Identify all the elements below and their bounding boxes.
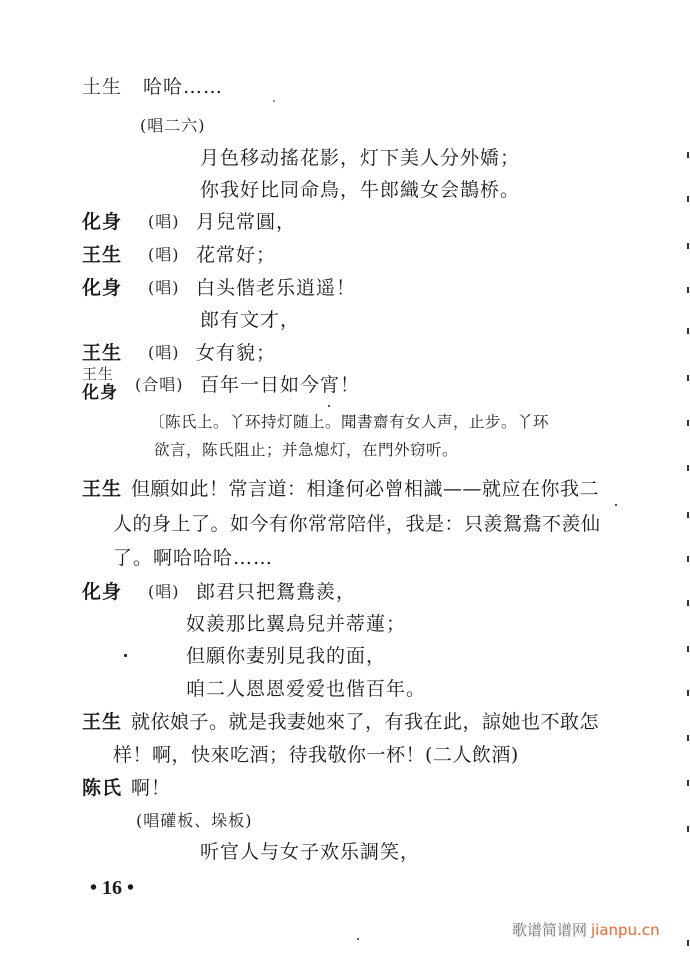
verse-line: 听官人与女子欢乐調笑， [200, 840, 420, 864]
margin-mark [687, 940, 689, 946]
cue-label: (唱) [148, 277, 180, 299]
cue-label: (唱) [148, 581, 180, 603]
speaker-label: 陈氏 [82, 776, 122, 800]
margin-mark [687, 465, 689, 471]
print-speck [357, 938, 359, 940]
dialogue-text: 女有貌； [196, 341, 276, 365]
margin-mark [687, 600, 689, 606]
watermark: 歌谱简谱网jianpu.cn [512, 919, 660, 940]
margin-mark [687, 556, 689, 562]
dialogue-text: 了。啊哈哈哈…… [113, 546, 273, 570]
margin-mark [687, 328, 689, 334]
print-speck [273, 100, 275, 102]
speaker-label: 化身 [82, 276, 122, 300]
page-number: • 16 • [90, 877, 134, 900]
margin-mark [687, 243, 689, 249]
dialogue-text: 白头偕老乐逍遥！ [196, 276, 356, 300]
verse-line: 郎有文才， [200, 308, 300, 332]
margin-mark [687, 375, 689, 381]
margin-mark [687, 826, 689, 832]
verse-line: 月色移动搖花影，灯下美人分外嬌； [200, 146, 520, 170]
speaker-label: 王生 [82, 341, 122, 365]
dialogue-text: 月兒常圓， [196, 210, 296, 234]
dialogue-text: 就依娘子。就是我妻她來了，有我在此，諒她也不敢怎 [131, 710, 599, 734]
stage-direction: 〔陈氏上。丫环持灯随上。聞書齋有女人声，止步。丫环 [149, 412, 549, 432]
dialogue-text: 郎君只把鴛鴦羨， [196, 580, 356, 604]
print-speck [124, 654, 127, 657]
margin-mark [687, 152, 689, 158]
speaker-label: 化身 [82, 210, 122, 234]
verse-line: 但願你妻别見我的面， [186, 644, 386, 668]
dialogue-text: 花常好； [196, 243, 276, 267]
verse-line: 你我好比同命鳥，牛郎織女会鵲桥。 [200, 178, 520, 202]
margin-mark [687, 735, 689, 741]
music-direction: (唱二六) [140, 115, 206, 137]
margin-mark [687, 646, 689, 652]
cue-label: (合唱) [135, 374, 184, 396]
speaker-label: 王生 [82, 710, 122, 734]
stage-direction: 欲言，陈氏阻止；并急熄灯，在門外窃听。 [154, 440, 458, 460]
speaker-label: 化身 [82, 383, 118, 403]
verse-line: 奴羨那比翼鳥兒并蒂蓮； [186, 612, 406, 636]
print-speck [615, 504, 617, 506]
margin-mark [687, 420, 689, 426]
speaker-label: 王生 [82, 243, 122, 267]
music-direction: (唱礶板、垛板) [136, 810, 253, 832]
cue-label: (唱) [148, 244, 180, 266]
speaker-label: 土生 [82, 75, 122, 99]
dialogue-text: 百年一日如今宵！ [200, 373, 360, 397]
margin-mark [687, 690, 689, 696]
dialogue-text: 样！啊，快來吃酒；待我敬你一杯！(二人飲酒) [113, 743, 519, 767]
speaker-label: 王生 [82, 366, 114, 383]
watermark-en: jianpu.cn [591, 921, 660, 939]
speaker-label: 化身 [82, 580, 122, 604]
document-page: 土生 哈哈…… (唱二六) 月色移动搖花影，灯下美人分外嬌； 你我好比同命鳥，牛… [0, 0, 690, 954]
dialogue-text: 人的身上了。如今有你常常陪伴，我是：只羨鴛鴦不羨仙 [113, 512, 601, 536]
dialogue-text: 啊！ [131, 776, 171, 800]
dialogue-text: 哈哈…… [143, 75, 223, 99]
margin-mark [687, 196, 689, 202]
dialogue-text: 但願如此！常言道：相逢何必曾相識——就应在你我二 [131, 477, 599, 501]
margin-mark [687, 512, 689, 518]
margin-mark [687, 287, 689, 293]
cue-label: (唱) [148, 211, 180, 233]
verse-line: 咱二人恩恩爱爱也偕百年。 [186, 677, 426, 701]
cue-label: (唱) [148, 342, 180, 364]
print-speck [328, 405, 330, 407]
watermark-cn: 歌谱简谱网 [512, 921, 587, 939]
margin-mark [687, 780, 689, 786]
speaker-label: 王生 [82, 477, 122, 501]
